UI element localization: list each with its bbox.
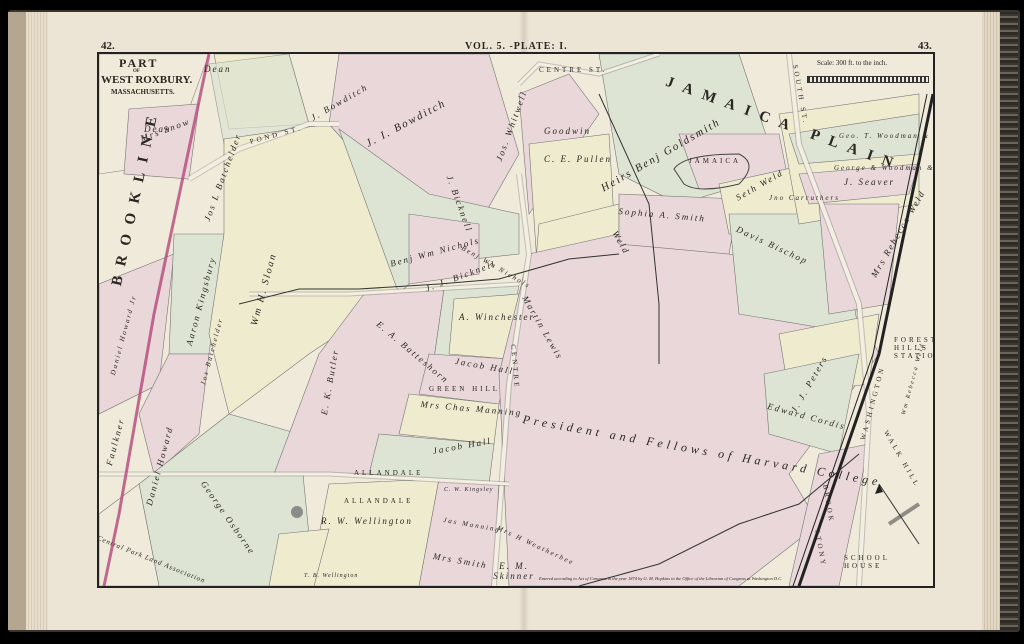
owner-label: E. M. Skinner [489, 561, 539, 581]
road-jamaica: JAMAICA [689, 157, 741, 165]
copyright-notice: Entered according to Act of Congress in … [539, 576, 782, 581]
book-cover-right [1000, 12, 1018, 630]
title-west-roxbury: WEST ROXBURY. [101, 74, 192, 86]
title-massachusetts: MASSACHUSETTS. [111, 88, 175, 96]
scale-bar [807, 76, 929, 83]
owner-label: Dean [204, 64, 232, 74]
right-page-number: 43. [918, 40, 932, 52]
forest-hills-station: FOREST HILLS STATION [894, 336, 934, 360]
owner-label: Goodwin [544, 126, 591, 136]
owner-label: T. B. Wellington [304, 573, 358, 579]
owner-label: Jno Carruthers [769, 194, 840, 202]
owner-label: C. E. Pullen [544, 154, 612, 164]
owner-label: R. W. Wellington [321, 516, 413, 526]
page-edges-right [982, 12, 1002, 630]
school-house: SCHOOL HOUSE [844, 554, 884, 570]
owner-label: Geo. T. Woodman & Others [839, 132, 935, 140]
scale-label: Scale: 300 ft. to the inch. [817, 59, 887, 67]
road-allandale: ALLANDALE [354, 469, 423, 477]
road-green-hill: GREEN HILL [429, 385, 500, 393]
plate-title: VOL. 5. -PLATE: I. [465, 41, 568, 52]
owner-label: J. Seaver [844, 177, 895, 187]
left-page-number: 42. [101, 40, 115, 52]
owner-label: A. Winchester [459, 312, 535, 322]
map-frame[interactable]: PART OF WEST ROXBURY. MASSACHUSETTS. Sca… [97, 52, 935, 588]
owner-label: George & Woodman & Others [834, 164, 935, 172]
road-centre-north: CENTRE ST. [539, 66, 607, 74]
owner-label: C. W. Kingsley [444, 487, 493, 493]
allandale-estate: ALLANDALE [344, 497, 413, 505]
